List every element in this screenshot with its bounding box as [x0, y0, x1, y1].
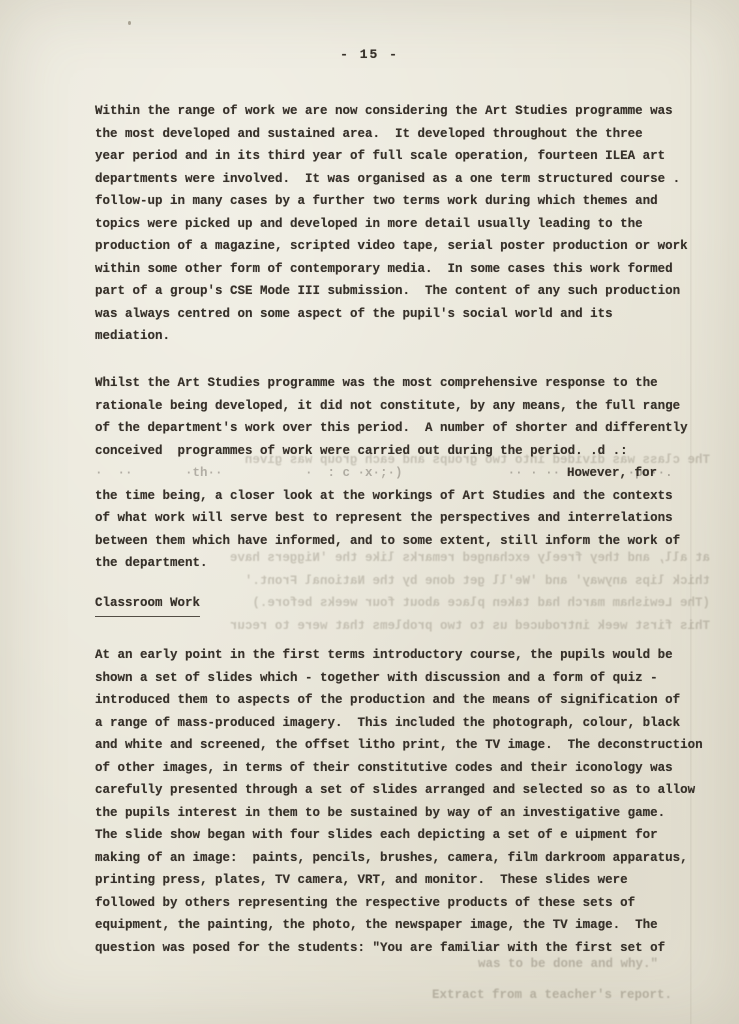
paragraph-3: At an early point in the first terms int… [95, 644, 715, 959]
text-line: making of an image: paints, pencils, bru… [95, 847, 715, 870]
text-line: followed by others representing the resp… [95, 892, 715, 915]
text-line: of other images, in terms of their const… [95, 757, 715, 780]
paper-speck [128, 21, 131, 25]
section-heading: Classroom Work [95, 592, 715, 617]
text-line: At an early point in the first terms int… [95, 644, 715, 667]
text-line: Whilst the Art Studies programme was the… [95, 372, 715, 395]
scanned-typewritten-page: The class was divided into two groups an… [0, 0, 739, 1024]
text-line: of what work will serve best to represen… [95, 507, 715, 530]
paragraph-2-top: Whilst the Art Studies programme was the… [95, 372, 715, 462]
text-line: the department. [95, 552, 715, 575]
text-line: year period and in its third year of ful… [95, 145, 715, 168]
bleedthrough-line: Extract from a teacher's report. [432, 984, 672, 1007]
erased-line-tail: However, for [567, 462, 657, 485]
text-line: rationale being developed, it did not co… [95, 395, 715, 418]
text-line: mediation. [95, 325, 715, 348]
text-line: and white and screened, the offset litho… [95, 734, 715, 757]
text-line: a range of mass-produced imagery. This i… [95, 712, 715, 735]
text-line: carefully presented through a set of sli… [95, 779, 715, 802]
section-heading-label: Classroom Work [95, 592, 200, 617]
text-line: question was posed for the students: "Yo… [95, 937, 715, 960]
paragraph-2-bottom: the time being, a closer look at the wor… [95, 485, 715, 575]
text-line: the most developed and sustained area. I… [95, 123, 715, 146]
text-line: introduced them to aspects of the produc… [95, 689, 715, 712]
text-line: part of a group's CSE Mode III submissio… [95, 280, 715, 303]
text-line: within some other form of contemporary m… [95, 258, 715, 281]
text-line: conceived programmes of work were carrie… [95, 440, 715, 463]
paragraph-2: Whilst the Art Studies programme was the… [95, 372, 715, 575]
text-line: production of a magazine, scripted video… [95, 235, 715, 258]
text-line: Within the range of work we are now cons… [95, 100, 715, 123]
text-line: equipment, the painting, the photo, the … [95, 914, 715, 937]
text-line: follow-up in many cases by a further two… [95, 190, 715, 213]
text-line: of the department's work over this perio… [95, 417, 715, 440]
text-line: between them which have informed, and to… [95, 530, 715, 553]
page-number: - 15 - [0, 47, 739, 62]
bleedthrough-line: This first week introduced us to two pro… [95, 615, 710, 638]
text-line: the time being, a closer look at the wor… [95, 485, 715, 508]
erased-line: · ·· ·th·· · : c ·x·;·) ·· · ·· ·pc··. H… [95, 462, 715, 485]
text-line: shown a set of slides which - together w… [95, 667, 715, 690]
text-line: topics were picked up and developed in m… [95, 213, 715, 236]
text-line: printing press, plates, TV camera, VRT, … [95, 869, 715, 892]
paragraph-1: Within the range of work we are now cons… [95, 100, 715, 348]
text-line: The slide show began with four slides ea… [95, 824, 715, 847]
text-line: departments were involved. It was organi… [95, 168, 715, 191]
text-line: was always centred on some aspect of the… [95, 303, 715, 326]
text-line: the pupils interest in them to be sustai… [95, 802, 715, 825]
